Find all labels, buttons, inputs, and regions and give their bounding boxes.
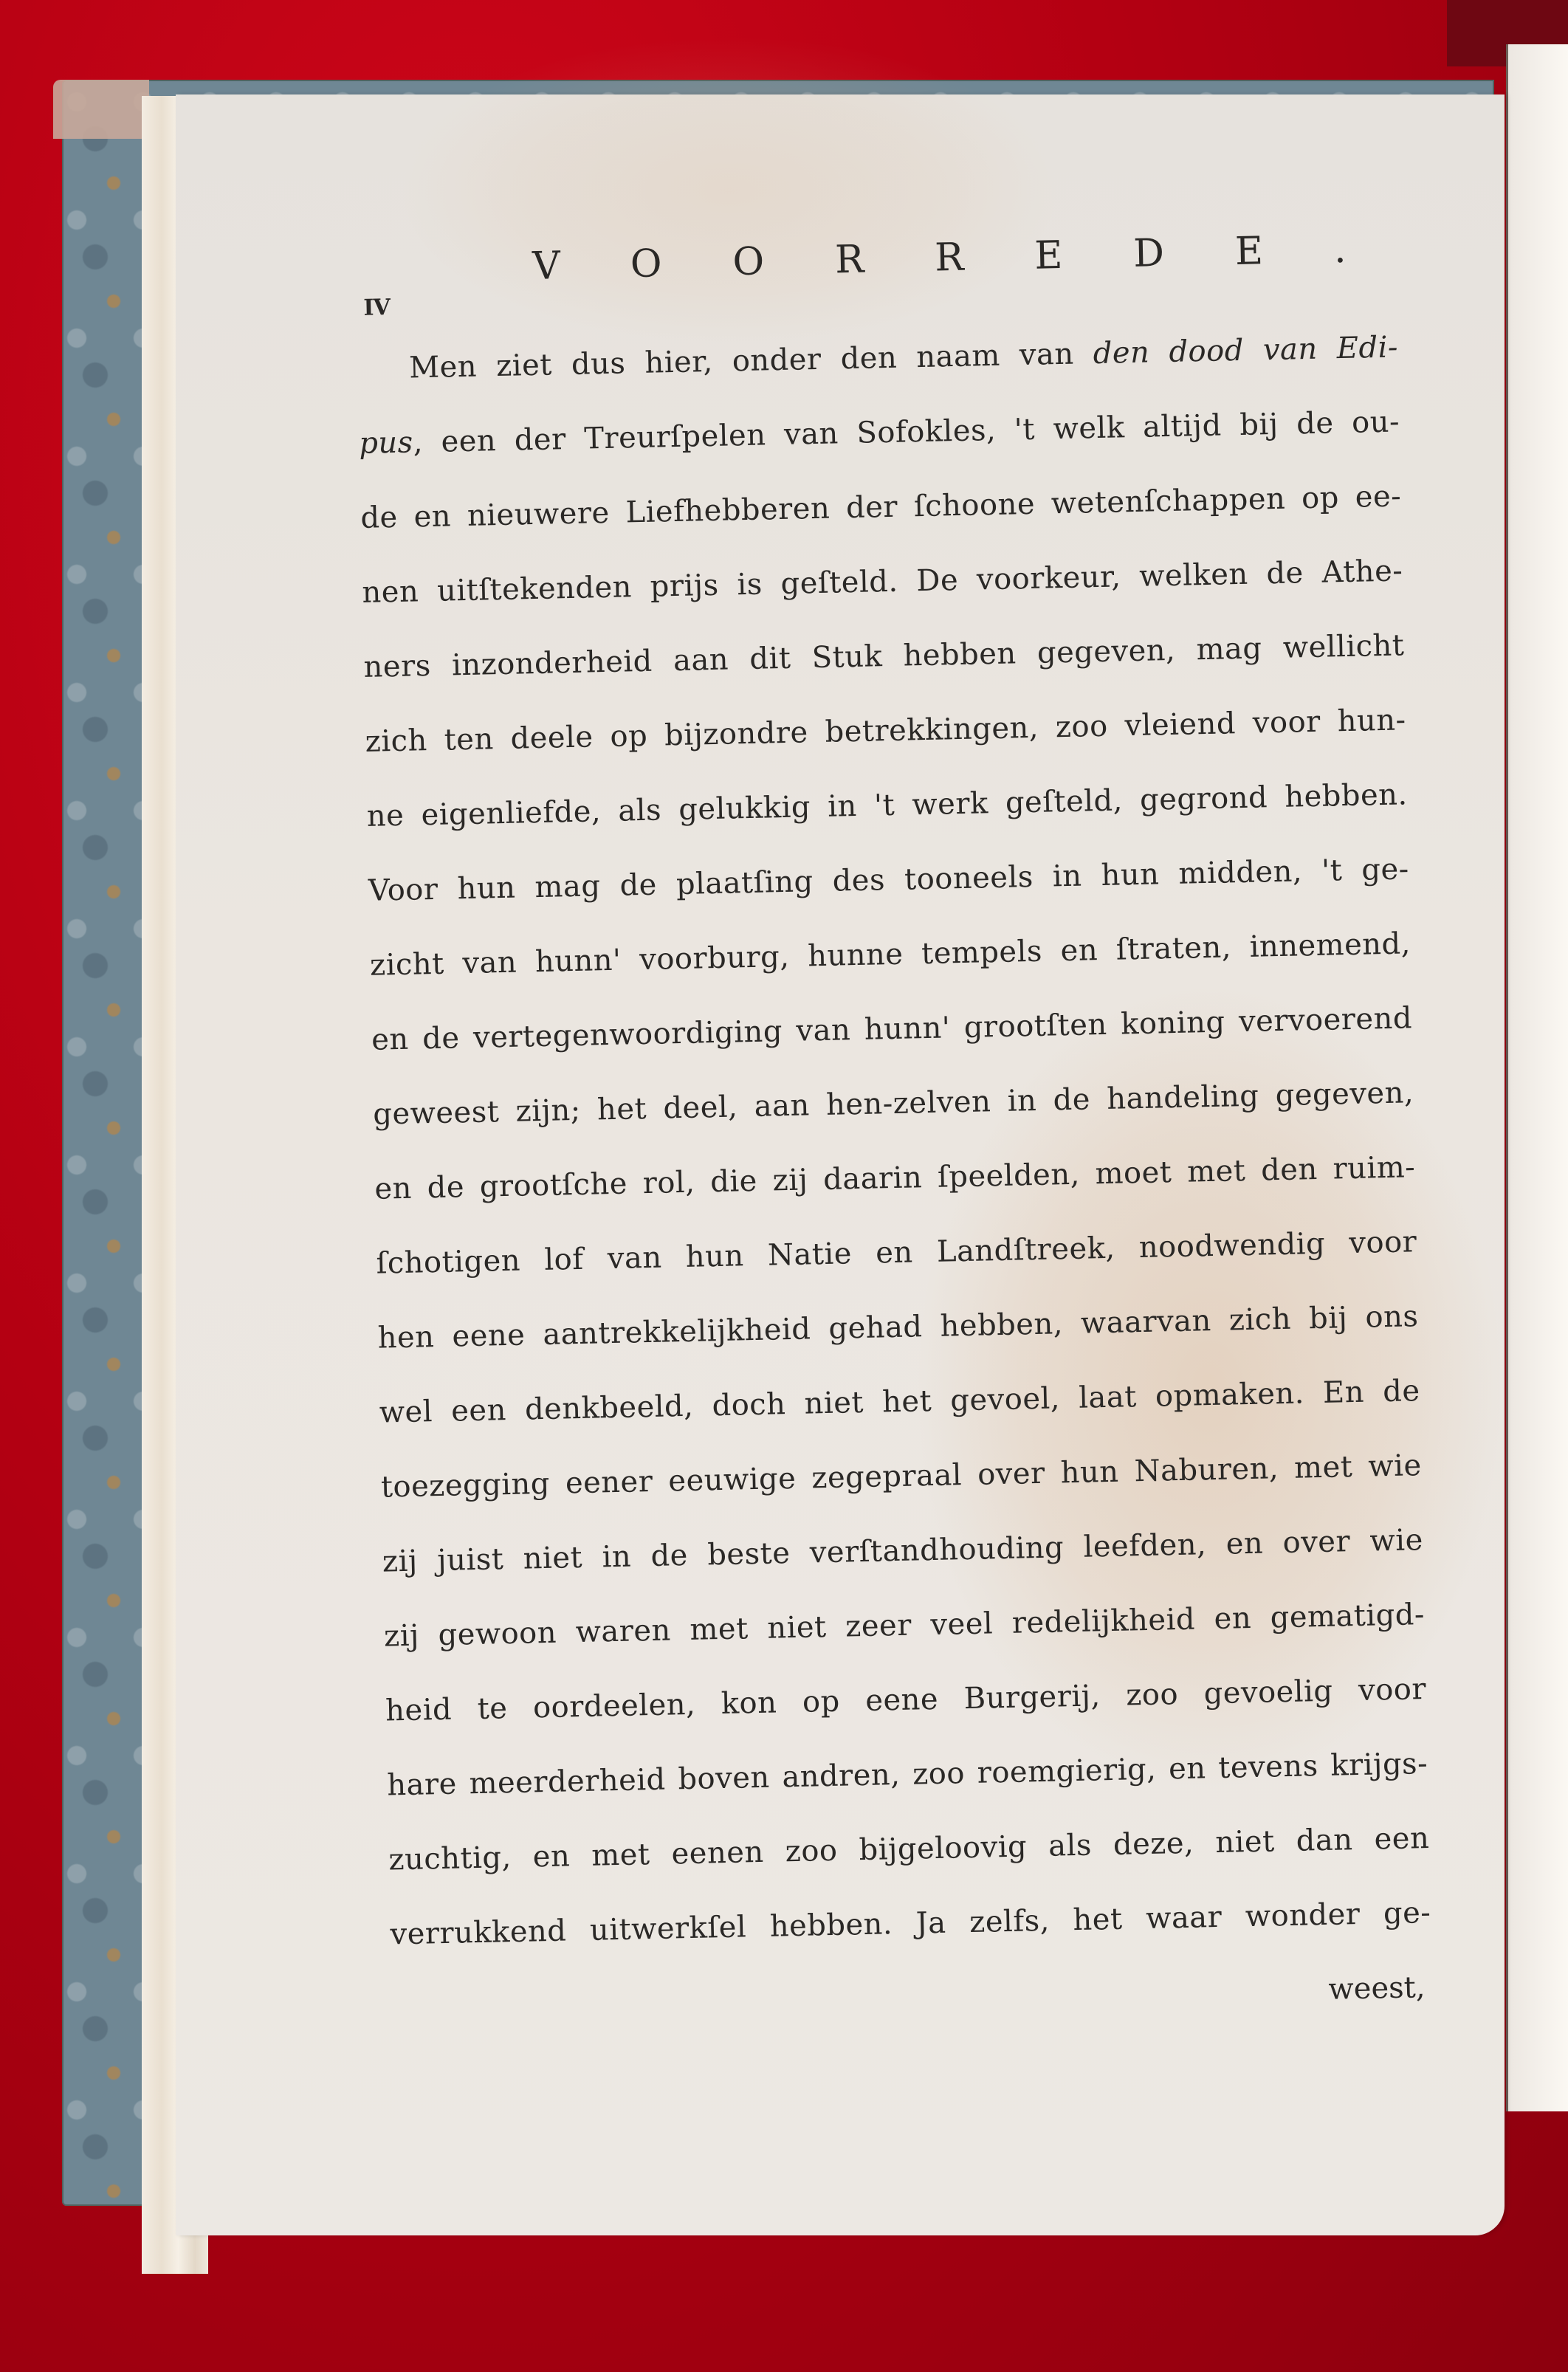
page-header: IV VOORREDE. <box>354 199 1397 331</box>
page-number: IV <box>363 295 390 321</box>
worn-board-corner <box>53 80 149 139</box>
page-text-block: IV VOORREDE. Men ziet dus hier, onder de… <box>354 199 1433 2046</box>
running-title: VOORREDE. <box>532 226 1417 289</box>
facing-page-edge <box>1506 44 1568 2111</box>
